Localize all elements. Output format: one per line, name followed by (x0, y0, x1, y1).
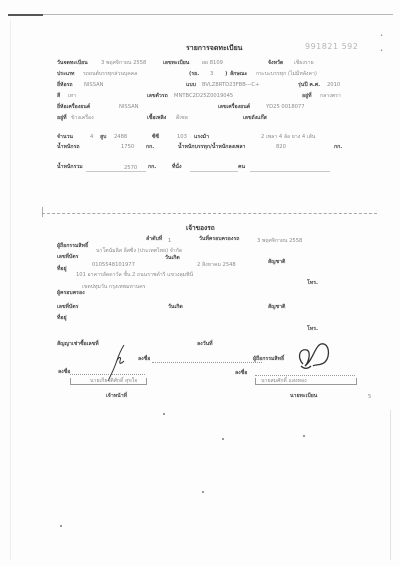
top-rule (8, 14, 393, 15)
seats-label: ที่นั่ง (172, 164, 182, 171)
cylinders-value: 4 (90, 134, 93, 141)
class-value: 3 (210, 71, 213, 78)
holder-nationality-label: สัญชาติ (268, 304, 285, 311)
holder-label: ผู้ครอบครอง (57, 290, 85, 297)
scan-speck (163, 413, 165, 415)
load-unit: กก. (334, 144, 342, 151)
brand-value: NISSAN (84, 82, 104, 89)
weight-value: 1750 (121, 144, 134, 151)
cylinders-unit: สูบ (100, 134, 106, 141)
color-value: เทา (68, 93, 76, 100)
registrar-sign-line (255, 375, 355, 376)
gross-weight-unit: กก. (148, 164, 156, 171)
year-value: 2010 (327, 82, 340, 89)
type-label: ประเภท (57, 71, 74, 78)
owner-value: นาโตนัมลิส ลีสซิ่ง (ประเทศไทย) จำกัด (96, 248, 182, 255)
class-open: (รย. (189, 71, 199, 78)
cc-unit: ซีซี (152, 134, 159, 141)
style-label: ลักษณะ (230, 71, 247, 78)
holder-phone-label: โทร. (307, 326, 318, 333)
fuel-value: ดีเซล (176, 115, 188, 122)
corner-mark: • (380, 48, 383, 55)
fuel-label: เชื้อเพลิง (147, 115, 166, 122)
possession-date-value: 3 พฤศจิกายน 2558 (257, 238, 302, 245)
page-number: 5 (368, 394, 371, 401)
registrar-title: นายทะเบียน (290, 393, 317, 400)
engine-loc-value: ข้างเครื่อง (71, 115, 94, 122)
chassis-label: เลขตัวรถ (147, 93, 168, 100)
type-value: รถยนต์บรรทุกส่วนบุคคล (83, 71, 137, 78)
owner-label: ผู้ถือกรรมสิทธิ์ (57, 243, 88, 250)
phone-label: โทร. (307, 280, 318, 287)
holder-id-label: เลขที่บัตร (57, 304, 78, 311)
registration-document: • • รายการจดทะเบียน 991821 592 วันจดทะเบ… (0, 0, 400, 566)
plate-label: เลขทะเบียน (163, 60, 189, 67)
scan-speck (60, 525, 62, 527)
officer-sign-label: ลงชื่อ (58, 369, 70, 376)
model-label: แบบ (186, 82, 196, 89)
id-label: เลขที่บัตร (57, 254, 78, 261)
corner-mark: • (380, 33, 383, 40)
engine-brand-label: ยี่ห้อเครื่องยนต์ (57, 104, 90, 111)
left-edge-shadow (10, 20, 11, 560)
seq-label: ลำดับที่ (146, 236, 162, 243)
officer-signature-icon (106, 343, 128, 383)
plate-value: ผผ 8109 (202, 60, 223, 67)
hp-value: 103 (177, 134, 187, 141)
registrar-sign-label: ลงชื่อ (235, 370, 247, 377)
seq-value: 1 (168, 238, 171, 245)
engine-brand-value: NISSAN (119, 104, 139, 111)
nationality-label: สัญชาติ (268, 259, 285, 266)
location-value: กลางตรา (320, 93, 341, 100)
contract-label: สัญญาเช่าซื้อเลขที่ (57, 341, 99, 348)
cc-value: 2488 (114, 134, 127, 141)
engine-loc-label: อยู่ที่ (57, 115, 67, 122)
birth-value: 2 สิงหาคม 2548 (197, 262, 236, 269)
style-value: กระบะบรรทุก (ไม่มีหลังคา) (256, 71, 317, 78)
model-value: BVLZ8RTD23FBB---C+ (202, 82, 259, 89)
load-label: น้ำหนักบรรทุก/น้ำหนักลงเพลา (178, 144, 245, 151)
section-separator (42, 213, 377, 214)
registrar-name: นายสมศักดิ์ แสงทอง (261, 378, 307, 385)
axle-value: 2 เพลา 4 ล้อ ยาง 4 เส้น (261, 134, 315, 141)
reg-date-value: 3 พฤศจิกายน 2558 (101, 60, 146, 67)
location-label: อยู่ที่ (302, 93, 312, 100)
owner-section-heading: เจ้าของรถ (186, 225, 215, 232)
contract-date-label: ลงวันที่ (197, 341, 213, 348)
owner-sign-line (152, 362, 262, 363)
engine-no-value: YD25 0018077 (266, 104, 305, 111)
officer-name: นายเกียรติศักดิ์ สุขใจ (90, 378, 137, 385)
officer-sign-line (70, 374, 145, 375)
gross-weight-label: น้ำหนักรวม (57, 164, 83, 171)
hp-unit: แรงม้า (194, 134, 209, 141)
document-title: รายการจดทะเบียน (186, 45, 242, 52)
weight-label: น้ำหนักรถ (57, 144, 80, 151)
stamp-number: 991821 592 (305, 43, 358, 50)
gross-weight-underline (86, 171, 146, 172)
owner-sign-role-label: ผู้ถือกรรมสิทธิ์ (253, 356, 284, 363)
address-line-1: 101 อาคารลัดดาวัล ชั้น 2 ถนนราชดำริ แขวง… (76, 272, 193, 279)
right-edge-shadow (390, 410, 391, 560)
engine-no-label: เลขเครื่องยนต์ (218, 104, 250, 111)
load-value: 820 (276, 144, 286, 151)
brand-label: ยี่ห้อรถ (57, 82, 73, 89)
address-label: ที่อยู่ (57, 266, 67, 273)
scan-speck (202, 491, 204, 493)
province-value: เชียงราย (294, 60, 314, 67)
separator-tick (42, 207, 43, 217)
scan-speck (222, 438, 224, 440)
top-rule-dark-segment (8, 14, 43, 16)
province-label: จังหวัด (268, 60, 283, 67)
color-label: สี (57, 93, 60, 100)
scan-speck (303, 435, 305, 437)
address-line-2: เขตปทุมวัน กรุงเทพมหานคร (82, 284, 146, 291)
gas-tank-label: เลขถังแก๊ส (243, 115, 267, 122)
possession-date-label: วันที่ครอบครองรถ (199, 236, 239, 243)
reg-date-label: วันจดทะเบียน (57, 60, 88, 67)
weight-unit: กก. (146, 144, 154, 151)
cylinders-label: จำนวน (57, 134, 73, 141)
birth-label: วันเกิด (165, 255, 180, 262)
holder-address-label: ที่อยู่ (57, 315, 67, 322)
registrar-signature-icon (295, 342, 333, 372)
chassis-value: MNTBC2D25Z0019045 (174, 93, 233, 100)
id-value: 0105548101977 (92, 262, 135, 269)
owner-sign-label: ลงชื่อ (138, 356, 150, 363)
holder-birth-label: วันเกิด (168, 304, 183, 311)
year-label: รุ่นปี ค.ศ. (298, 82, 320, 89)
seats-underline-right (250, 171, 330, 172)
officer-title: เจ้าหน้าที่ (106, 393, 127, 400)
seats-unit: คน (238, 164, 245, 171)
seats-underline (190, 171, 238, 172)
class-close: ) (225, 71, 227, 78)
